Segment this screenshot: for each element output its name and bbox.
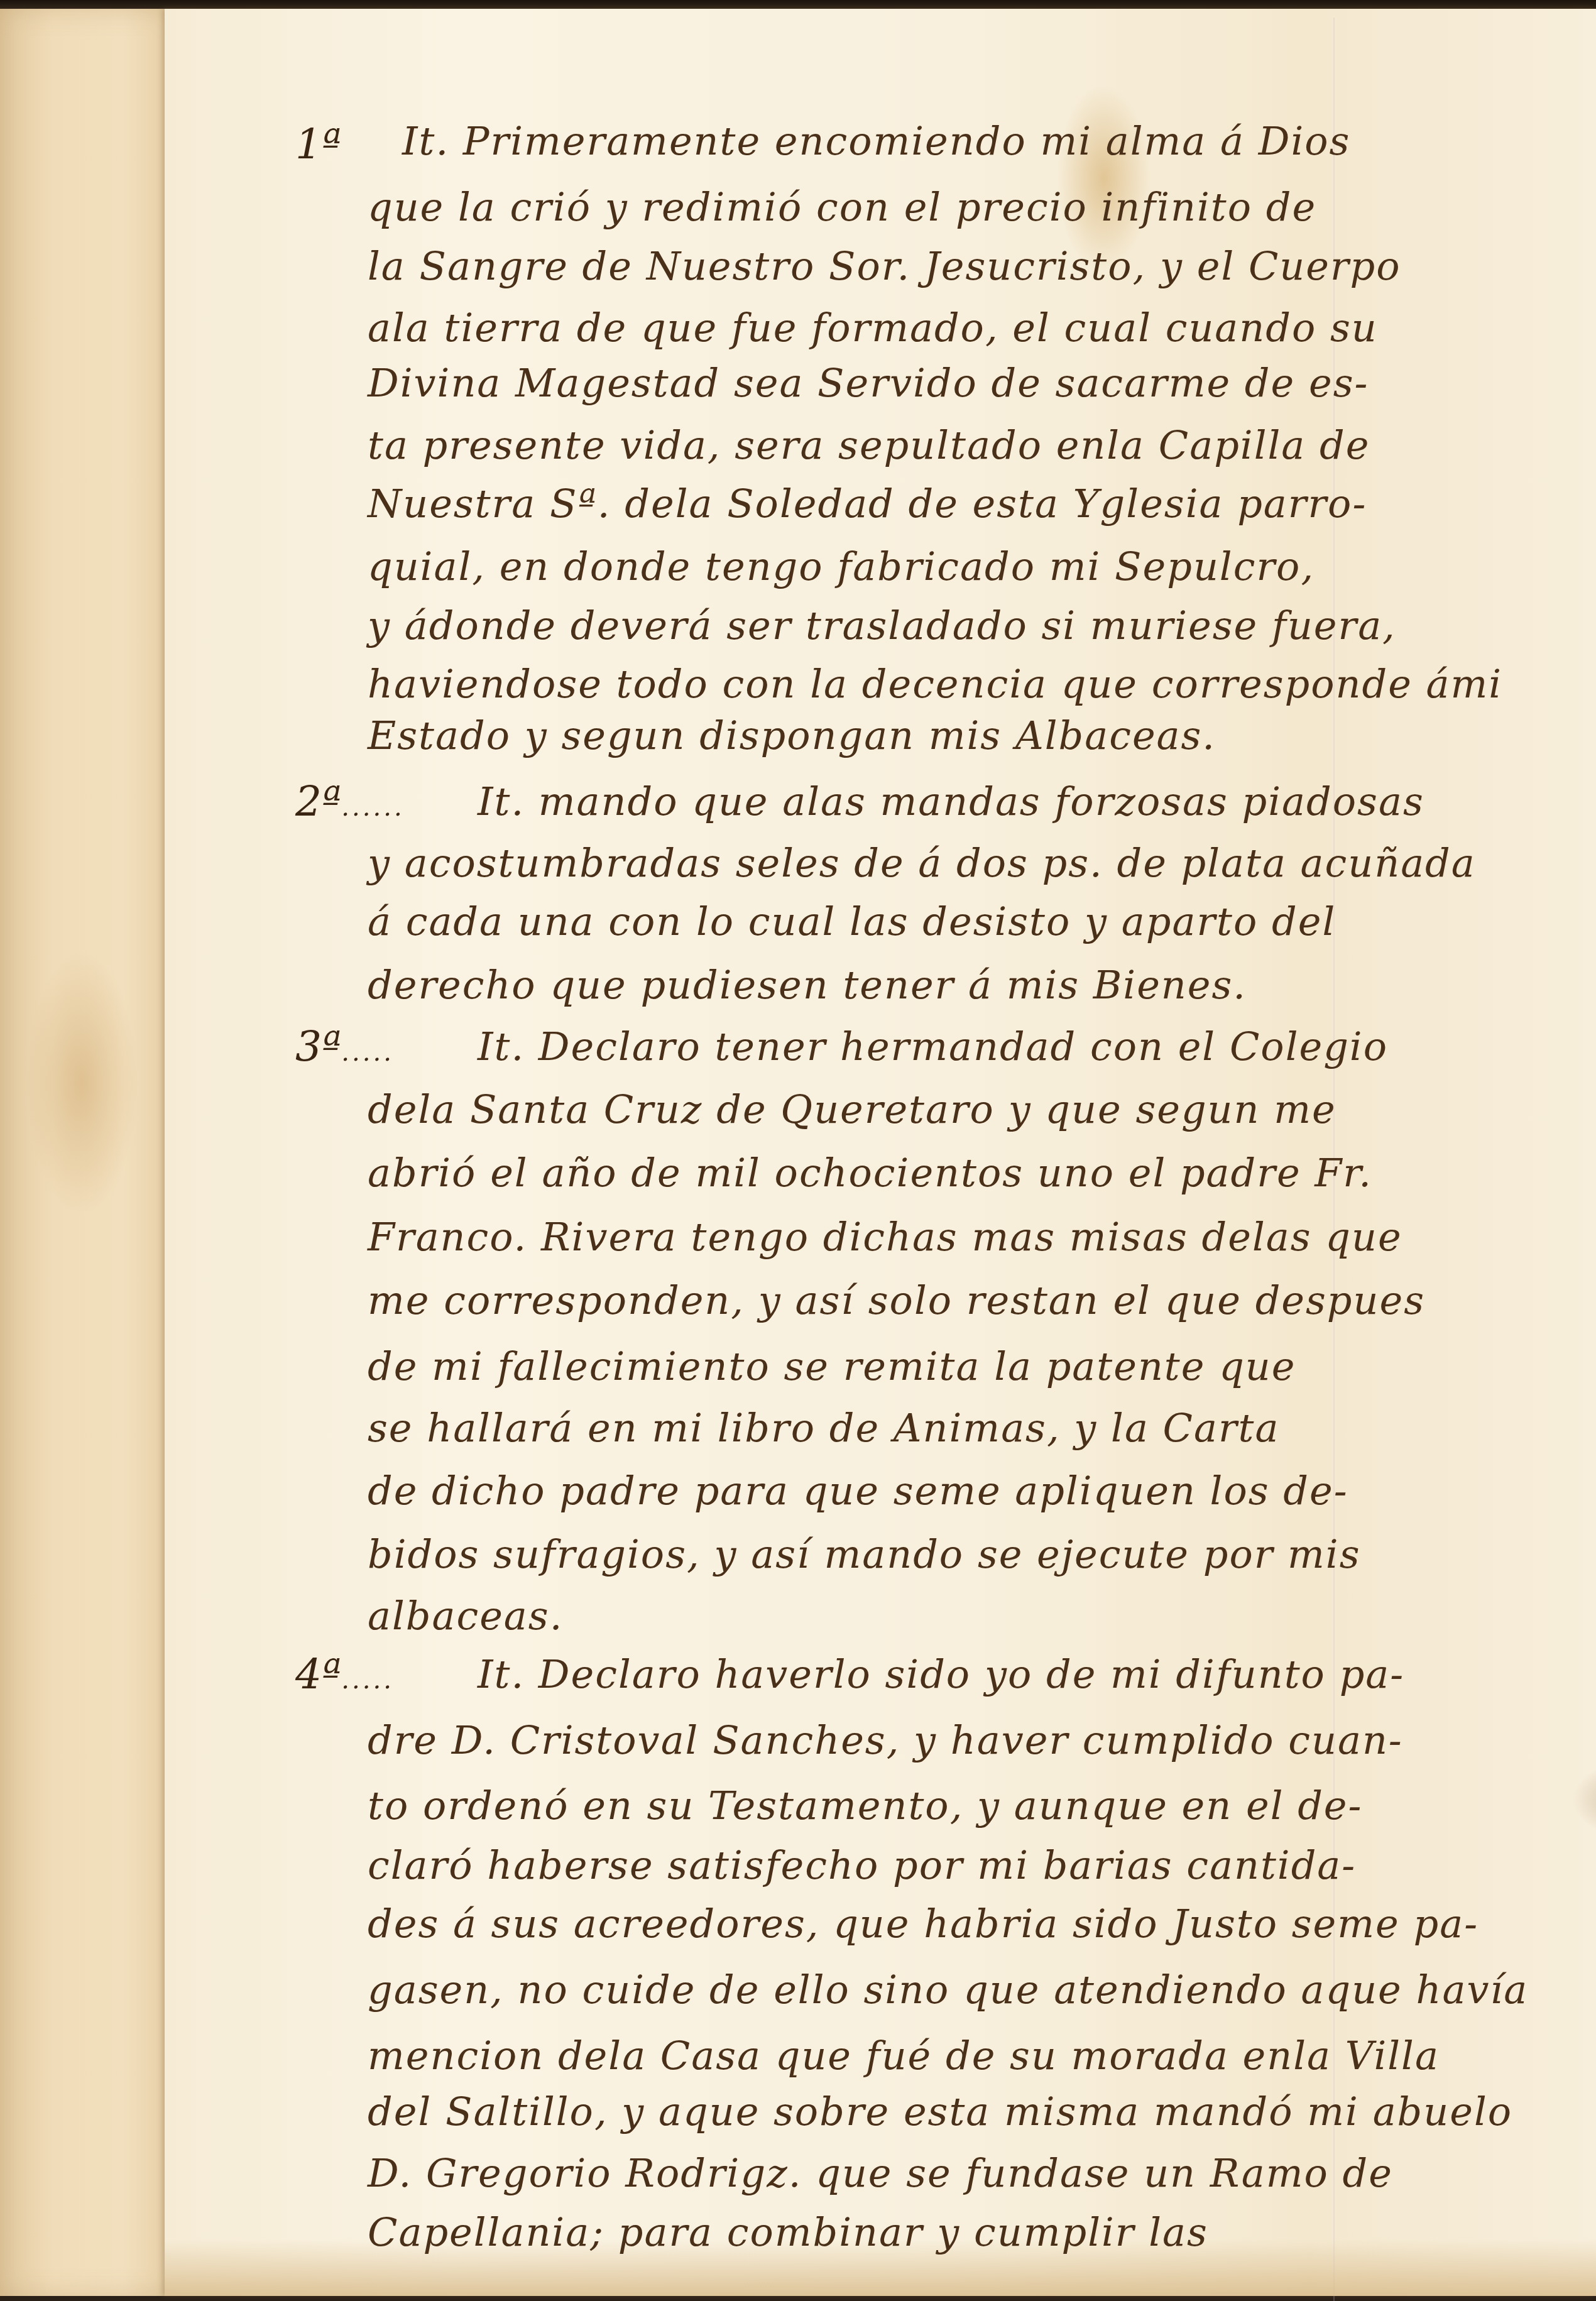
text-line: de mi fallecimiento se remita la patente… xyxy=(368,1342,1561,1392)
text-line: It. Declaro tener hermandad con el Coleg… xyxy=(478,1022,1596,1072)
text-line: y ádonde deverá ser trasladado si muries… xyxy=(368,601,1561,651)
text-line: quial, en donde tengo fabricado mi Sepul… xyxy=(368,542,1561,592)
clause-marker-1: 1ª xyxy=(295,119,341,170)
text-line: dela Santa Cruz de Queretaro y que segun… xyxy=(368,1085,1561,1135)
text-line: It. Primeramente encomiendo mi alma á Di… xyxy=(402,116,1596,167)
leader-dots: ...... xyxy=(341,793,404,822)
text-line: D. Gregorio Rodrigz. que se fundase un R… xyxy=(368,2148,1561,2199)
text-line: á cada una con lo cual las desisto y apa… xyxy=(368,897,1561,947)
leader-dots: ..... xyxy=(341,1666,394,1695)
text-line: bidos sufragios, y así mando se ejecute … xyxy=(368,1529,1561,1580)
text-line: dre D. Cristoval Sanches, y haver cumpli… xyxy=(368,1715,1561,1766)
text-line: Capellania; para combinar y cumplir las xyxy=(368,2207,1561,2258)
water-stain xyxy=(25,951,138,1215)
clause-number: 2ª xyxy=(295,777,341,826)
clause-marker-2: 2ª...... xyxy=(295,777,405,827)
text-line: y acostumbradas seles de á dos ps. de pl… xyxy=(368,838,1561,888)
text-line: haviendose todo con la decencia que corr… xyxy=(368,659,1561,709)
text-line: albaceas. xyxy=(368,1591,1561,1641)
text-line: to ordenó en su Testamento, y aunque en … xyxy=(368,1781,1561,1831)
text-line: ta presente vida, sera sepultado enla Ca… xyxy=(368,420,1561,471)
text-line: que la crió y redimió con el precio infi… xyxy=(368,182,1561,232)
text-line: Divina Magestad sea Servido de sacarme d… xyxy=(368,358,1561,408)
text-line: des á sus acreedores, que habria sido Ju… xyxy=(368,1899,1561,1949)
clause-marker-4: 4ª..... xyxy=(295,1649,394,1700)
clause-marker-3: 3ª..... xyxy=(295,1022,394,1072)
leader-dots: ..... xyxy=(341,1038,394,1067)
text-line: Franco. Rivera tengo dichas mas misas de… xyxy=(368,1212,1561,1262)
text-line: gasen, no cuide de ello sino que atendie… xyxy=(368,1965,1561,2015)
text-line: mencion dela Casa que fué de su morada e… xyxy=(368,2031,1561,2081)
text-line: claró haberse satisfecho por mi barias c… xyxy=(368,1840,1561,1891)
text-line: It. Declaro haverlo sido yo de mi difunt… xyxy=(478,1649,1596,1700)
text-line: del Saltillo, y aque sobre esta misma ma… xyxy=(368,2087,1561,2137)
text-line: It. mando que alas mandas forzosas piado… xyxy=(478,777,1596,827)
text-line: abrió el año de mil ochocientos uno el p… xyxy=(368,1148,1561,1198)
text-line: se hallará en mi libro de Animas, y la C… xyxy=(368,1403,1561,1453)
clause-number: 3ª xyxy=(295,1022,341,1071)
text-line: Estado y segun dispongan mis Albaceas. xyxy=(368,711,1561,761)
clause-number: 1ª xyxy=(295,120,341,168)
ink-blot xyxy=(1572,1762,1596,1837)
text-line: me corresponden, y así solo restan el qu… xyxy=(368,1276,1561,1326)
folded-left-flap xyxy=(0,9,178,2296)
text-line: Nuestra Sª. dela Soledad de esta Yglesia… xyxy=(368,479,1561,529)
clause-number: 4ª xyxy=(295,1650,341,1698)
text-line: de dicho padre para que seme apliquen lo… xyxy=(368,1466,1561,1516)
text-line: la Sangre de Nuestro Sor. Jesucristo, y … xyxy=(368,241,1561,292)
text-line: ala tierra de que fue formado, el cual c… xyxy=(368,303,1561,353)
text-line: derecho que pudiesen tener á mis Bienes. xyxy=(368,960,1561,1010)
